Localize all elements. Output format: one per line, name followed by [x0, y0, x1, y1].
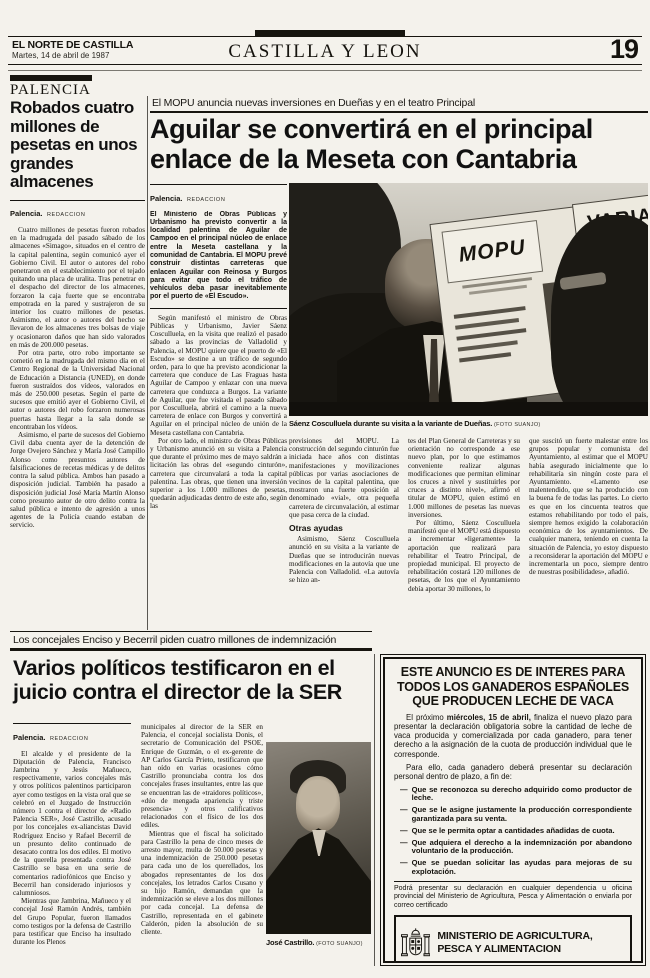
ser-thick-rule: [10, 648, 372, 651]
ad-intro2: Para ello, cada ganadero deberá presenta…: [394, 763, 632, 782]
board-data-line: [456, 328, 526, 341]
bullet-text: Que adquiera el derecho a la indemnizaci…: [412, 839, 632, 857]
ministry-name: MINISTERIO DE AGRICULTURA, PESCA Y ALIME…: [437, 930, 625, 955]
paragraph: Por último, Sáenz Cosculluela manifestó …: [408, 519, 520, 593]
byline-place: Palencia.: [150, 194, 183, 203]
ad-bullet: —Que se puedan solicitar las ayudas para…: [400, 859, 632, 877]
main-article-col1: Palencia. REDACCION El Ministerio de Obr…: [150, 184, 287, 628]
main-article-col3: tes del Plan General de Carreteras y su …: [408, 437, 520, 630]
ser-byline: Palencia. REDACCION: [13, 723, 131, 745]
ad-note: Podrá presentar su declaración en cualqu…: [394, 881, 632, 911]
main-photo: MOPU VARIAN: [289, 183, 648, 416]
dash: —: [400, 786, 408, 804]
paragraph: que suscitó un fuerte malestar entre los…: [529, 437, 648, 576]
byline-place: Palencia.: [10, 209, 43, 218]
portrait-face: [296, 776, 340, 832]
bullet-text: Que se reconozca su derecho adquirido co…: [412, 786, 632, 804]
paragraph: Mientras que Jambrina, Mañueco y el conc…: [13, 897, 131, 946]
subhead-otras-ayudas: Otras ayudas: [289, 524, 399, 532]
paragraph: Según manifestó el ministro de Obras Púb…: [150, 314, 287, 437]
paragraph: Por otra parte, otro robo importante se …: [10, 349, 145, 431]
board-data-line: [455, 318, 519, 330]
ad-bullet: —Que se le permita optar a cantidades añ…: [400, 827, 632, 836]
ser-top-rule: [10, 631, 372, 632]
bullet-text: Que se le asigne justamente la producció…: [412, 806, 632, 824]
caption-text: Sáenz Cosculluela durante su visita a la…: [289, 419, 492, 428]
ad-bullet: —Que se le asigne justamente la producci…: [400, 806, 632, 824]
dash: —: [400, 839, 408, 857]
main-photo-caption: Sáenz Cosculluela durante su visita a la…: [289, 419, 648, 428]
left-article-headline: Robados cuatro millones de pesetas en un…: [10, 99, 145, 192]
ad-bullet: —Que se reconozca su derecho adquirido c…: [400, 786, 632, 804]
region-label: PALENCIA: [10, 82, 91, 99]
mopu-panel: MOPU: [442, 220, 544, 283]
spain-coat-of-arms-icon: [401, 920, 430, 963]
paragraph: Cuatro millones de pesetas fueron robado…: [10, 226, 145, 349]
ad-bullet-list: —Que se reconozca su derecho adquirido c…: [400, 786, 632, 877]
ser-col1: Palencia. REDACCION El alcalde y el pres…: [13, 723, 131, 975]
ad-left-divider: [374, 654, 375, 966]
paragraph: Asimismo, el parte de sucesos del Gobier…: [10, 431, 145, 529]
bullet-text: Que se puedan solicitar las ayudas para …: [412, 859, 632, 877]
kicker-rule: [150, 111, 648, 113]
left-article-body: Cuatro millones de pesetas fueron robado…: [10, 226, 145, 631]
board-data-line: [454, 306, 526, 319]
header-bottom-rule-2: [8, 70, 642, 71]
region-label-bar: [10, 75, 92, 81]
main-article-headline: Aguilar se convertirá en el principal en…: [150, 114, 650, 174]
lead-divider: [150, 308, 287, 309]
section-title: CASTILLA Y LEON: [0, 41, 650, 63]
bullet-text: Que se le permita optar a cantidades aña…: [412, 827, 615, 836]
ser-photo: [266, 742, 371, 934]
ad-bullet: —Que adquiera el derecho a la indemnizac…: [400, 839, 632, 857]
mopu-board-label: MOPU: [458, 236, 527, 268]
ad-inner-frame: ESTE ANUNCIO ES DE INTERES PARA TODOS LO…: [383, 657, 643, 963]
board-data-line: [458, 340, 518, 351]
main-article-col4: que suscitó un fuerte malestar entre los…: [529, 437, 648, 630]
left-article-byline: Palencia. REDACCION: [10, 200, 145, 222]
photo-bottom-shade: [289, 402, 648, 416]
page-number: 19: [610, 34, 638, 65]
ser-photo-caption: José Castrillo. (FOTO SUANJO): [266, 938, 376, 947]
ser-strapline: Los concejales Enciso y Becerril piden c…: [13, 634, 336, 646]
ad-intro-prefix: El próximo: [406, 713, 447, 722]
ser-col2: municipales al director de la SER en Pal…: [141, 723, 263, 975]
dash: —: [400, 859, 408, 877]
main-article-columns: previsiones del MOPU. La construcción de…: [289, 437, 648, 630]
newspaper-page: EL NORTE DE CASTILLA Martes, 14 de abril…: [0, 0, 650, 978]
caption-text: José Castrillo.: [266, 938, 314, 947]
main-article-byline: Palencia. REDACCION: [150, 184, 287, 206]
section-title-bar: [255, 30, 405, 37]
ministry-box: MINISTERIO DE AGRICULTURA, PESCA Y ALIME…: [394, 915, 632, 963]
ad-intro-deadline: miércoles, 15 de abril,: [447, 713, 531, 722]
ad-intro-paragraph: El próximo miércoles, 15 de abril, final…: [394, 713, 632, 759]
paragraph: Por otro lado, el ministro de Obras Públ…: [150, 437, 287, 511]
ser-headline: Varios políticos testificaron en el juic…: [13, 656, 371, 704]
main-article-lead: El Ministerio de Obras Públicas y Urbani…: [150, 211, 287, 302]
paragraph: municipales al director de la SER en Pal…: [141, 723, 263, 830]
byline-agency: REDACCION: [47, 212, 85, 218]
byline-place: Palencia.: [13, 733, 46, 742]
paragraph: Mientras que el fiscal ha solicitado par…: [141, 830, 263, 937]
paragraph: tes del Plan General de Carreteras y su …: [408, 437, 520, 519]
main-article-kicker: El MOPU anuncia nuevas inversiones en Du…: [152, 97, 475, 109]
byline-agency: REDACCION: [187, 197, 225, 203]
paragraph: Asimismo, Sáenz Cosculluela anunció en s…: [289, 535, 399, 584]
header-bottom-rule: [8, 64, 642, 65]
milk-quota-ad: ESTE ANUNCIO ES DE INTERES PARA TODOS LO…: [380, 654, 646, 966]
column-divider: [147, 96, 148, 630]
board-data-line: [459, 352, 511, 362]
caption-credit: (FOTO SUANJO): [494, 422, 541, 428]
byline-agency: REDACCION: [50, 736, 88, 742]
paragraph: El alcalde y el presidente de la Diputac…: [13, 750, 131, 898]
caption-credit: (FOTO SUANJO): [316, 941, 363, 947]
ser-columns: Palencia. REDACCION El alcalde y el pres…: [13, 723, 263, 975]
left-article: Robados cuatro millones de pesetas en un…: [10, 99, 145, 631]
ad-headline: ESTE ANUNCIO ES DE INTERES PARA TODOS LO…: [394, 665, 632, 709]
dash: —: [400, 806, 408, 824]
dash: —: [400, 827, 408, 836]
main-article-col2: previsiones del MOPU. La construcción de…: [289, 437, 399, 630]
paragraph: previsiones del MOPU. La construcción de…: [289, 437, 399, 519]
